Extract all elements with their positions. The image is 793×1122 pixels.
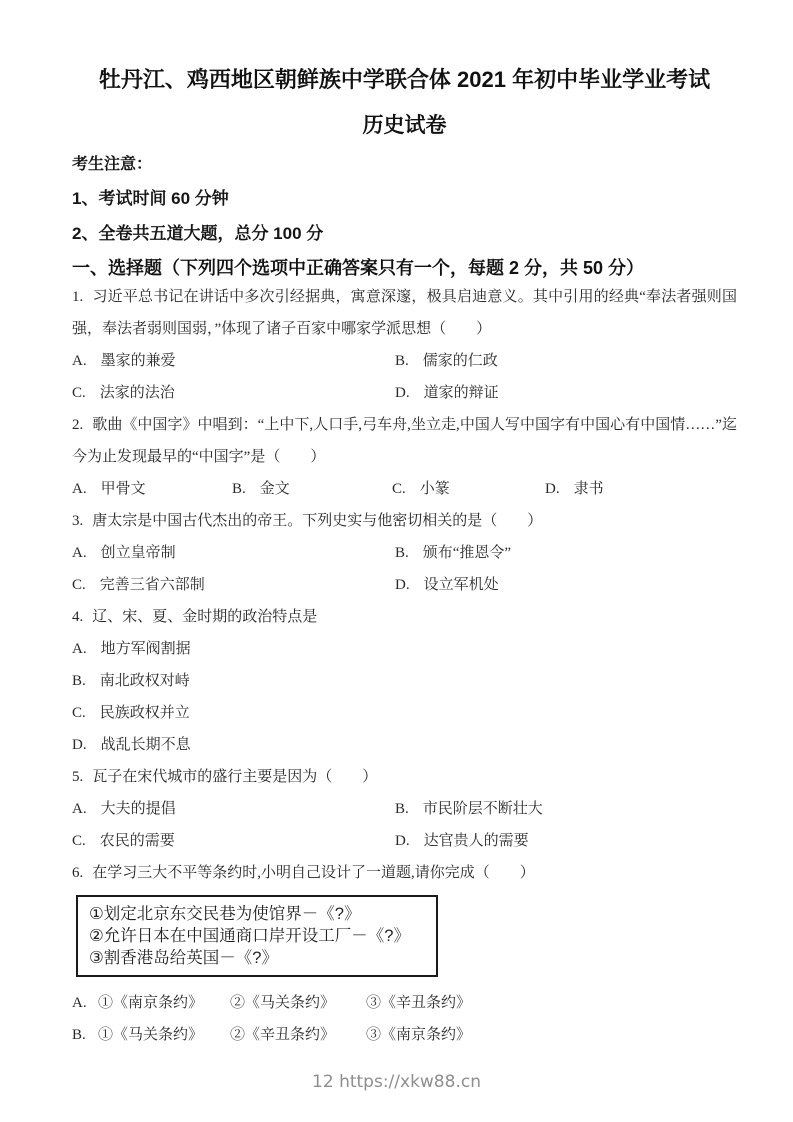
question-1-text: 1.习近平总书记在讲话中多次引经据典，寓意深邃，极具启迪意义。其中引用的经典“奉… [72, 281, 737, 345]
question-5-option-b: B.市民阶层不断壮大 [395, 793, 737, 825]
option-label: B. [72, 673, 86, 689]
box-line-1: ①划定北京东交民巷为使馆界－《?》 [89, 903, 425, 925]
option-text: 大夫的提倡 [101, 801, 176, 817]
option-text: 墨家的兼爱 [101, 353, 176, 369]
option-label: A. [72, 545, 87, 561]
question-4-number: 4. [72, 609, 83, 625]
question-3-option-c: C.完善三省六部制 [72, 569, 395, 601]
option-text: 儒家的仁政 [423, 353, 498, 369]
question-6-text: 6.在学习三大不平等条约时,小明自己设计了一道题,请你完成（ ） [72, 857, 737, 889]
option-label: B. [395, 353, 409, 369]
question-6-option-b: B. ①《马关条约》 ②《辛丑条约》 ③《南京条约》 [72, 1019, 737, 1051]
option-label: C. [72, 833, 86, 849]
option-text: 金文 [260, 481, 290, 497]
question-3-options: A.创立皇帝制 B.颁布“推恩令” C.完善三省六部制 D.设立军机处 [72, 537, 737, 601]
question-2-text: 2.歌曲《中国字》中唱到：“上中下,人口手,弓车舟,坐立走,中国人写中国字有中国… [72, 409, 737, 473]
option-text: 道家的辩证 [424, 385, 499, 401]
question-1-option-c: C.法家的法治 [72, 377, 395, 409]
question-2-body: 歌曲《中国字》中唱到：“上中下,人口手,弓车舟,坐立走,中国人写中国字有中国心有… [72, 417, 737, 465]
question-2-number: 2. [72, 417, 83, 433]
option-label: D. [395, 577, 410, 593]
option-label: D. [545, 481, 560, 497]
page-footer: 12 https://xkw88.cn [0, 1072, 793, 1092]
question-3-option-a: A.创立皇帝制 [72, 537, 395, 569]
option-text: 地方军阀割据 [101, 641, 191, 657]
question-4-options: A.地方军阀割据 B.南北政权对峙 C.民族政权并立 D.战乱长期不息 [72, 633, 737, 761]
option-label: C. [72, 385, 86, 401]
question-3-option-b: B.颁布“推恩令” [395, 537, 737, 569]
option-text: 民族政权并立 [100, 705, 190, 721]
question-6-treaty-box: ①划定北京东交民巷为使馆界－《?》 ②允许日本在中国通商口岸开设工厂－《?》 ③… [76, 895, 438, 977]
option-label: A. [72, 641, 87, 657]
question-6-option-a: A. ①《南京条约》 ②《马关条约》 ③《辛丑条约》 [72, 987, 737, 1019]
option-text: 达官贵人的需要 [424, 833, 529, 849]
question-4-option-b: B.南北政权对峙 [72, 665, 737, 697]
question-2-option-d: D.隶书 [545, 473, 737, 505]
question-4-option-c: C.民族政权并立 [72, 697, 737, 729]
question-5-option-c: C.农民的需要 [72, 825, 395, 857]
exam-subtitle: 历史试卷 [72, 112, 737, 140]
option-text: 隶书 [574, 481, 604, 497]
question-5-text: 5.瓦子在宋代城市的盛行主要是因为（ ） [72, 761, 737, 793]
option-text: 市民阶层不断壮大 [423, 801, 543, 817]
option-text: 甲骨文 [101, 481, 146, 497]
option-part-3: ③《南京条约》 [366, 1019, 737, 1051]
option-label: B. [72, 1019, 84, 1051]
question-1-body: 习近平总书记在讲话中多次引经据典，寓意深邃，极具启迪意义。其中引用的经典“奉法者… [72, 289, 737, 337]
question-5-body: 瓦子在宋代城市的盛行主要是因为（ ） [92, 769, 377, 785]
option-label: A. [72, 987, 84, 1019]
option-label: B. [232, 481, 246, 497]
question-1-option-d: D.道家的辩证 [395, 377, 737, 409]
option-text: 创立皇帝制 [101, 545, 176, 561]
option-text: 颁布“推恩令” [423, 545, 511, 561]
option-text: 完善三省六部制 [100, 577, 205, 593]
option-part-2: ②《马关条约》 [230, 987, 366, 1019]
section-heading: 一、选择题（下列四个选项中正确答案只有一个，每题 2 分，共 50 分） [72, 255, 737, 281]
question-1-number: 1. [72, 289, 83, 305]
option-text: 法家的法治 [100, 385, 175, 401]
option-text: 设立军机处 [424, 577, 499, 593]
notice-heading: 考生注意： [72, 154, 737, 176]
question-5-number: 5. [72, 769, 83, 785]
exam-title: 牡丹江、鸡西地区朝鲜族中学联合体 2021 年初中毕业学业考试 [72, 64, 737, 96]
question-1-option-b: B.儒家的仁政 [395, 345, 737, 377]
question-5-option-d: D.达官贵人的需要 [395, 825, 737, 857]
question-6-body: 在学习三大不平等条约时,小明自己设计了一道题,请你完成（ ） [92, 865, 535, 881]
option-label: A. [72, 353, 87, 369]
question-6-number: 6. [72, 865, 83, 881]
question-5-options: A.大夫的提倡 B.市民阶层不断壮大 C.农民的需要 D.达官贵人的需要 [72, 793, 737, 857]
option-label: A. [72, 481, 87, 497]
question-3-text: 3.唐太宗是中国古代杰出的帝王。下列史实与他密切相关的是（ ） [72, 505, 737, 537]
question-1-option-a: A.墨家的兼爱 [72, 345, 395, 377]
question-2-option-a: A.甲骨文 [72, 473, 232, 505]
option-label: D. [395, 385, 410, 401]
option-part-1: ①《南京条约》 [98, 987, 230, 1019]
question-3-number: 3. [72, 513, 83, 529]
question-5-option-a: A.大夫的提倡 [72, 793, 395, 825]
notice-item-1: 1、考试时间 60 分钟 [72, 187, 737, 211]
question-2-option-c: C.小篆 [392, 473, 545, 505]
question-3-option-d: D.设立军机处 [395, 569, 737, 601]
question-4-option-a: A.地方军阀割据 [72, 633, 737, 665]
option-label: A. [72, 801, 87, 817]
option-text: 南北政权对峙 [100, 673, 190, 689]
option-text: 战乱长期不息 [101, 737, 191, 753]
option-label: C. [72, 577, 86, 593]
exam-paper-page: 牡丹江、鸡西地区朝鲜族中学联合体 2021 年初中毕业学业考试 历史试卷 考生注… [0, 0, 793, 1122]
option-label: C. [72, 705, 86, 721]
question-3-body: 唐太宗是中国古代杰出的帝王。下列史实与他密切相关的是（ ） [92, 513, 542, 529]
box-line-3: ③割香港岛给英国－《?》 [89, 947, 425, 969]
question-4-option-d: D.战乱长期不息 [72, 729, 737, 761]
option-label: C. [392, 481, 406, 497]
question-2-options: A.甲骨文 B.金文 C.小篆 D.隶书 [72, 473, 737, 505]
option-label: D. [395, 833, 410, 849]
question-4-text: 4.辽、宋、夏、金时期的政治特点是 [72, 601, 737, 633]
option-part-3: ③《辛丑条约》 [366, 987, 737, 1019]
notice-item-2: 2、全卷共五道大题，总分 100 分 [72, 222, 737, 246]
option-label: D. [72, 737, 87, 753]
option-part-2: ②《辛丑条约》 [230, 1019, 366, 1051]
option-text: 农民的需要 [100, 833, 175, 849]
option-part-1: ①《马关条约》 [98, 1019, 230, 1051]
question-1-options: A.墨家的兼爱 B.儒家的仁政 C.法家的法治 D.道家的辩证 [72, 345, 737, 409]
option-label: B. [395, 801, 409, 817]
option-text: 小篆 [420, 481, 450, 497]
question-2-option-b: B.金文 [232, 473, 392, 505]
option-label: B. [395, 545, 409, 561]
question-4-body: 辽、宋、夏、金时期的政治特点是 [92, 609, 317, 625]
box-line-2: ②允许日本在中国通商口岸开设工厂－《?》 [89, 925, 425, 947]
